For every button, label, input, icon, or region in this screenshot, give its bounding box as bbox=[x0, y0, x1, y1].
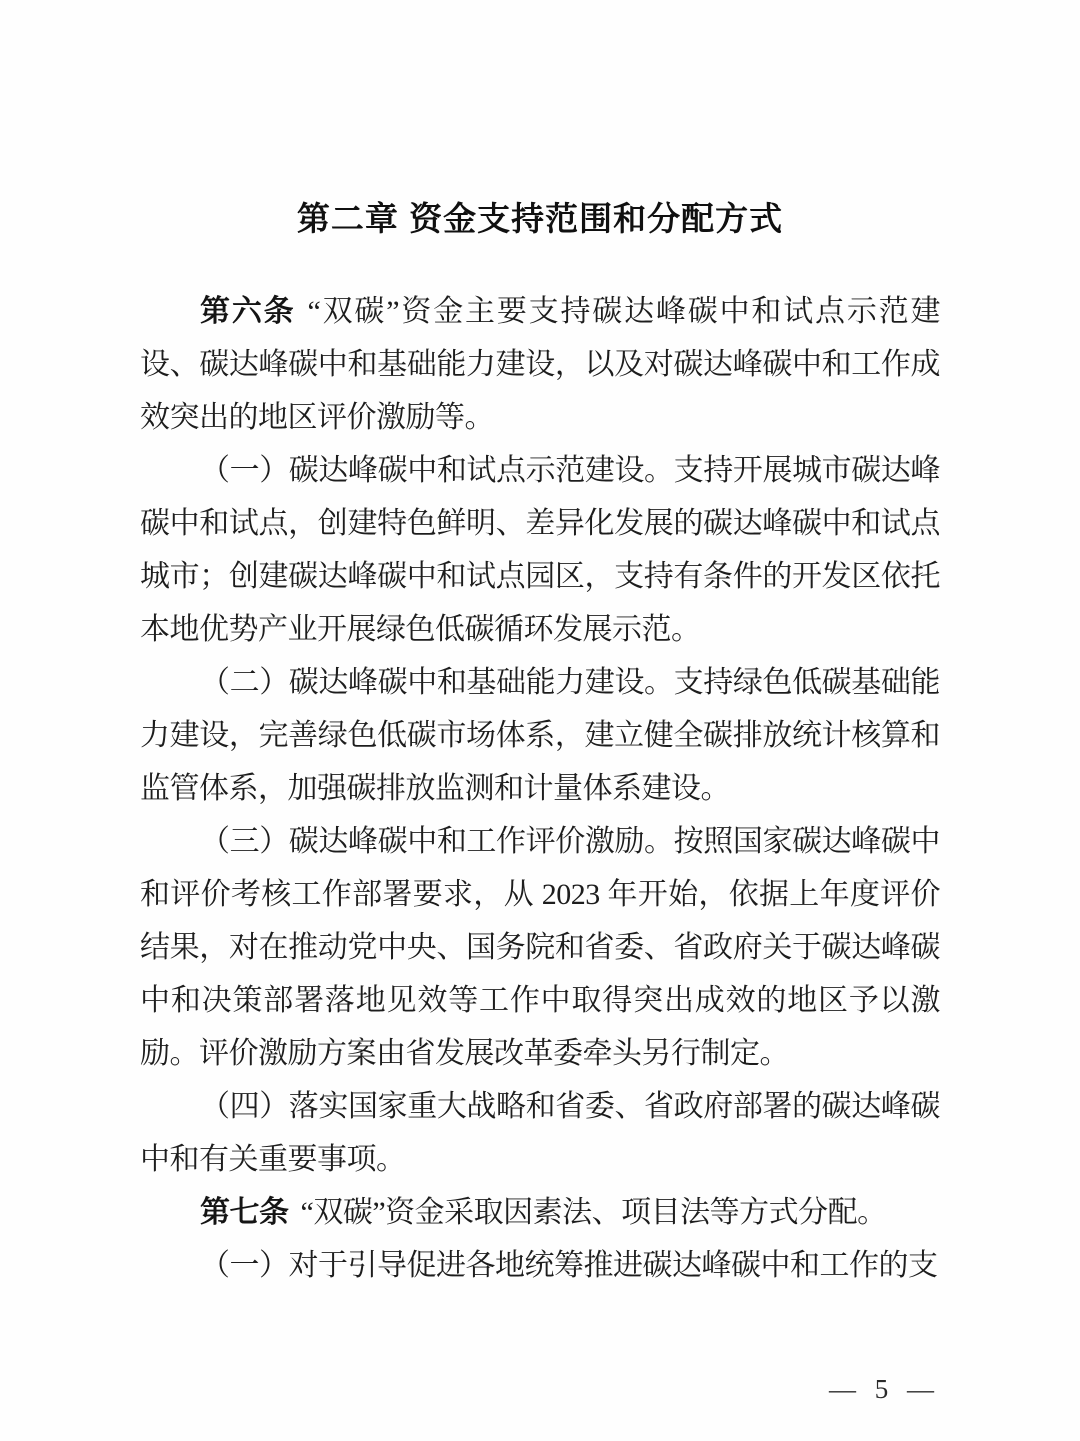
clause-label: 第七条 bbox=[200, 1196, 289, 1229]
paragraph-text: “双碳”资金采取因素法、项目法等方式分配。 bbox=[301, 1196, 887, 1229]
page-number: — 5 — bbox=[829, 1376, 937, 1403]
document-page: 第二章 资金支持范围和分配方式 第六条“双碳”资金主要支持碳达峰碳中和试点示范建… bbox=[0, 0, 1080, 1441]
paragraph: 第七条“双碳”资金采取因素法、项目法等方式分配。 bbox=[140, 1186, 940, 1239]
paragraph: 第六条“双碳”资金主要支持碳达峰碳中和试点示范建设、碳达峰碳中和基础能力建设，以… bbox=[140, 285, 940, 444]
page-content: 第二章 资金支持范围和分配方式 第六条“双碳”资金主要支持碳达峰碳中和试点示范建… bbox=[140, 197, 940, 1292]
paragraph-text: （一）对于引导促进各地统筹推进碳达峰碳中和工作的支 bbox=[200, 1249, 938, 1282]
paragraph: （一）碳达峰碳中和试点示范建设。支持开展城市碳达峰碳中和试点，创建特色鲜明、差异… bbox=[140, 444, 940, 656]
paragraph: （三）碳达峰碳中和工作评价激励。按照国家碳达峰碳中和评价考核工作部署要求，从 2… bbox=[140, 815, 940, 1080]
paragraph-text: （三）碳达峰碳中和工作评价激励。按照国家碳达峰碳中和评价考核工作部署要求，从 2… bbox=[140, 825, 940, 1070]
clause-label: 第六条 bbox=[200, 295, 295, 328]
chapter-title: 第二章 资金支持范围和分配方式 bbox=[140, 197, 940, 241]
paragraph-text: （一）碳达峰碳中和试点示范建设。支持开展城市碳达峰碳中和试点，创建特色鲜明、差异… bbox=[140, 454, 940, 646]
paragraph-text: （二）碳达峰碳中和基础能力建设。支持绿色低碳基础能力建设，完善绿色低碳市场体系，… bbox=[140, 666, 940, 805]
paragraph: （四）落实国家重大战略和省委、省政府部署的碳达峰碳中和有关重要事项。 bbox=[140, 1080, 940, 1186]
paragraph: （二）碳达峰碳中和基础能力建设。支持绿色低碳基础能力建设，完善绿色低碳市场体系，… bbox=[140, 656, 940, 815]
paragraph-text: （四）落实国家重大战略和省委、省政府部署的碳达峰碳中和有关重要事项。 bbox=[140, 1090, 940, 1176]
paragraph: （一）对于引导促进各地统筹推进碳达峰碳中和工作的支 bbox=[140, 1239, 940, 1292]
